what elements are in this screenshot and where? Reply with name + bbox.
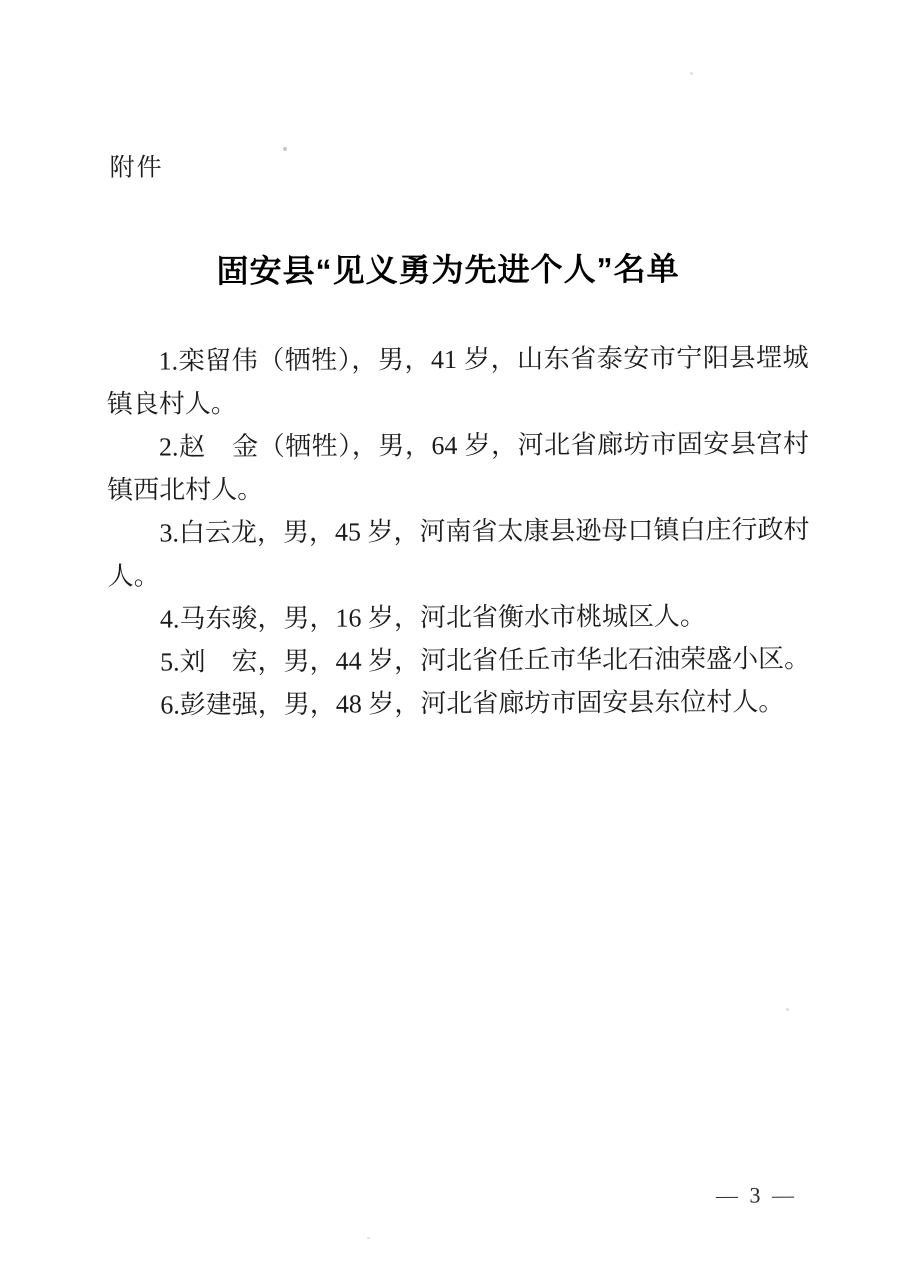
scan-speck [283, 147, 287, 151]
page-content: 附件 固安县“见义勇为先进个人”名单 1.栾留伟（牺牲），男，41 岁，山东省泰… [0, 0, 900, 1273]
list-item-5: 5.刘 宏，男，44 岁，河北省任丘市华北石油荣盛小区。 [108, 637, 810, 684]
list-item-6: 6.彭建强，男，48 岁，河北省廊坊市固安县东位村人。 [108, 680, 810, 727]
page-number: — 3 — [716, 1182, 797, 1208]
scan-speck [786, 1008, 789, 1011]
scan-speck [367, 1237, 370, 1239]
list-item-4: 4.马东骏，男，16 岁，河北省衡水市桃城区人。 [108, 594, 810, 641]
scanned-document-page: 附件 固安县“见义勇为先进个人”名单 1.栾留伟（牺牲），男，41 岁，山东省泰… [0, 0, 900, 1273]
honorees-list: 1.栾留伟（牺牲），男，41 岁，山东省泰安市宁阳县堽城镇良村人。 2.赵 金（… [106, 336, 810, 727]
attachment-label: 附件 [109, 147, 163, 183]
scan-speck [690, 72, 693, 75]
list-item-2: 2.赵 金（牺牲），男，64 岁，河北省廊坊市固安县宫村镇西北村人。 [107, 422, 809, 512]
list-item-1: 1.栾留伟（牺牲），男，41 岁，山东省泰安市宁阳县堽城镇良村人。 [106, 336, 808, 426]
list-item-3: 3.白云龙，男，45 岁，河南省太康县逊母口镇白庄行政村人。 [107, 508, 809, 598]
document-title: 固安县“见义勇为先进个人”名单 [0, 243, 898, 294]
